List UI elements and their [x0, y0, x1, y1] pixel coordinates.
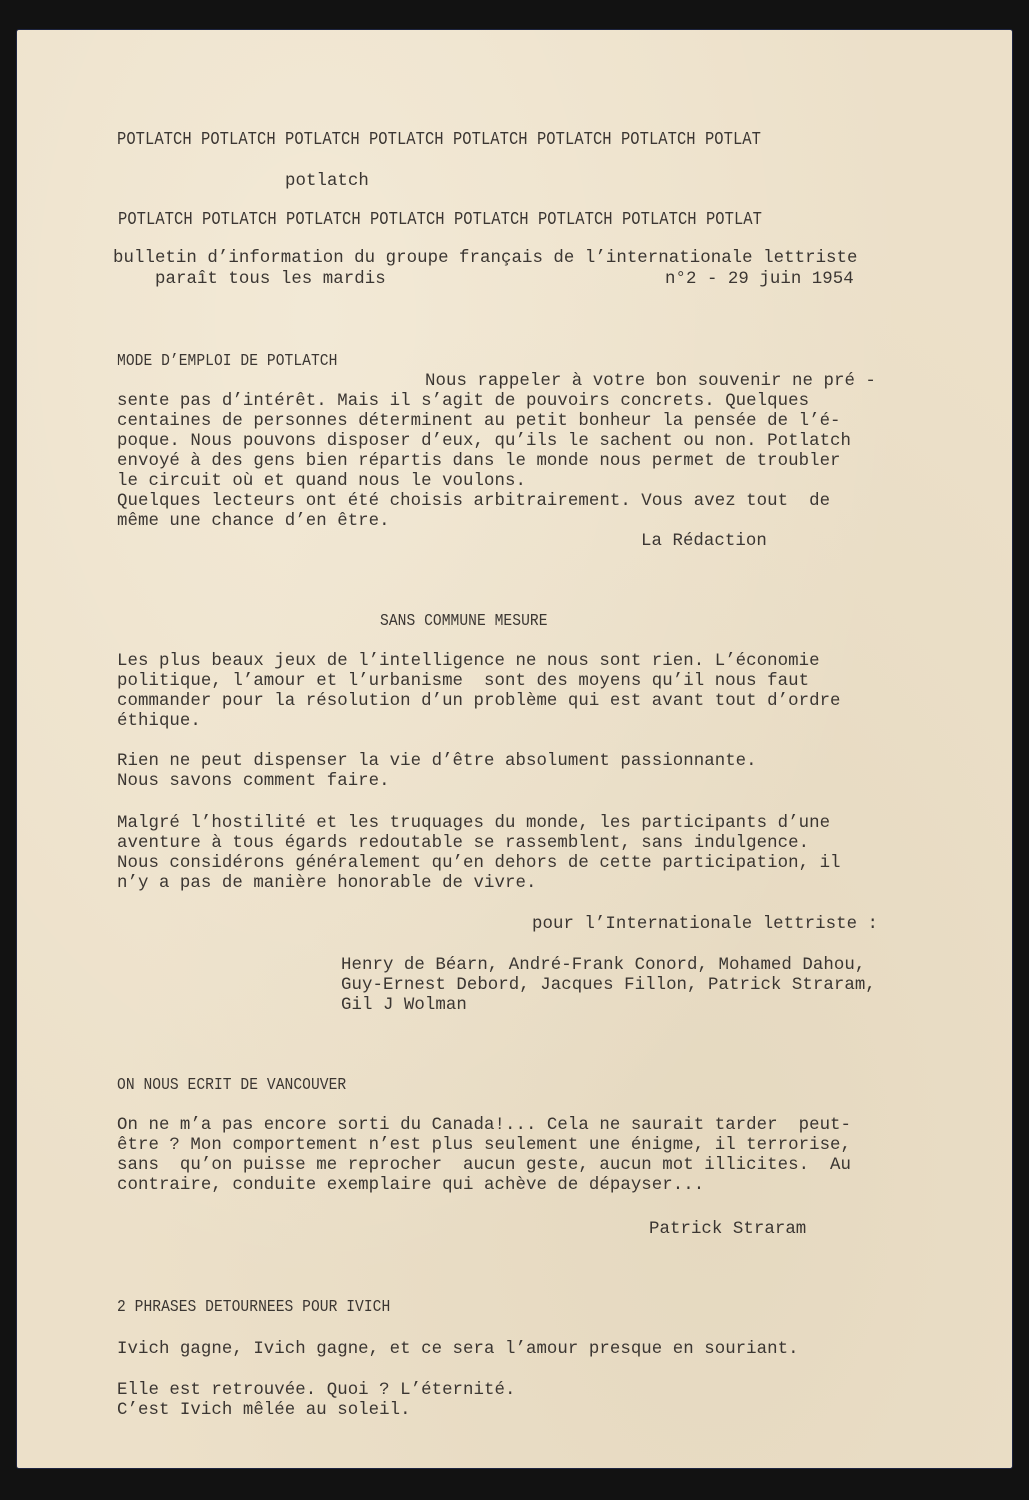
paragraph-line: poque. Nous pouvons disposer d’eux, qu’i… [117, 432, 851, 453]
issue-number-date: n°2 - 29 juin 1954 [665, 270, 854, 291]
paragraph-line: aventure à tous égards redoutable se ras… [117, 834, 809, 855]
section-heading-vancouver: ON NOUS ECRIT DE VANCOUVER [117, 1076, 346, 1097]
signatories-line: Henry de Béarn, André-Frank Conord, Moha… [341, 956, 865, 977]
paragraph-line: contraire, conduite exemplaire qui achèv… [117, 1176, 704, 1197]
masthead-subtitle: bulletin d’information du groupe françai… [113, 249, 858, 270]
signature-la-redaction: La Rédaction [641, 532, 767, 553]
section-heading-sans-commune-mesure: SANS COMMUNE MESURE [380, 612, 548, 633]
section-heading-ivich: 2 PHRASES DETOURNEES POUR IVICH [117, 1298, 390, 1319]
paragraph-line: centaines de personnes déterminent au pe… [117, 412, 841, 433]
paragraph-line: Les plus beaux jeux de l’intelligence ne… [117, 652, 820, 673]
paragraph-line: Elle est retrouvée. Quoi ? L’éternité. [117, 1381, 515, 1402]
signature-patrick-straram: Patrick Straram [649, 1220, 806, 1241]
masthead-banner-bottom: POTLATCH POTLATCH POTLATCH POTLATCH POTL… [118, 210, 762, 231]
paragraph-line: sans qu’on puisse me reprocher aucun ges… [117, 1156, 851, 1177]
paragraph-line: envoyé à des gens bien répartis dans le … [117, 452, 841, 473]
masthead-banner-top: POTLATCH POTLATCH POTLATCH POTLATCH POTL… [117, 130, 761, 151]
paragraph-line: n’y a pas de manière honorable de vivre. [117, 874, 536, 895]
paragraph-line: Nous considérons généralement qu’en deho… [117, 854, 841, 875]
paragraph-line: Quelques lecteurs ont été choisis arbitr… [117, 492, 830, 513]
paragraph-line: sente pas d’intérêt. Mais il s’agit de p… [117, 392, 809, 413]
signatories-line: Guy-Ernest Debord, Jacques Fillon, Patri… [341, 976, 876, 997]
paragraph-line: On ne m’a pas encore sorti du Canada!...… [117, 1116, 851, 1137]
paragraph-line: même une chance d’en être. [117, 512, 390, 533]
masthead-title: potlatch [285, 172, 369, 193]
paragraph-line: Malgré l’hostilité et les truquages du m… [117, 814, 830, 835]
paragraph-line: C’est Ivich mêlée au soleil. [117, 1401, 411, 1422]
paragraph-line: Ivich gagne, Ivich gagne, et ce sera l’a… [117, 1340, 799, 1361]
paragraph-line: Nous savons comment faire. [117, 772, 390, 793]
section-heading-mode-emploi: MODE D’EMPLOI DE POTLATCH [117, 352, 337, 373]
signatories-line: Gil J Wolman [341, 996, 467, 1017]
paragraph-line: politique, l’amour et l’urbanisme sont d… [117, 672, 809, 693]
publication-frequency: paraît tous les mardis [155, 270, 386, 291]
paragraph-line: commander pour la résolution d’un problè… [117, 692, 841, 713]
paragraph-line: le circuit où et quand nous le voulons. [117, 472, 526, 493]
paragraph-line: éthique. [117, 712, 201, 733]
paragraph-line: être ? Mon comportement n’est plus seule… [117, 1136, 851, 1157]
paragraph-line: Nous rappeler à votre bon souvenir ne pr… [425, 372, 876, 393]
signature-intro: pour l’Internationale lettriste : [532, 915, 878, 936]
paragraph-line: Rien ne peut dispenser la vie d’être abs… [117, 752, 757, 773]
document-page: POTLATCH POTLATCH POTLATCH POTLATCH POTL… [17, 30, 1012, 1468]
